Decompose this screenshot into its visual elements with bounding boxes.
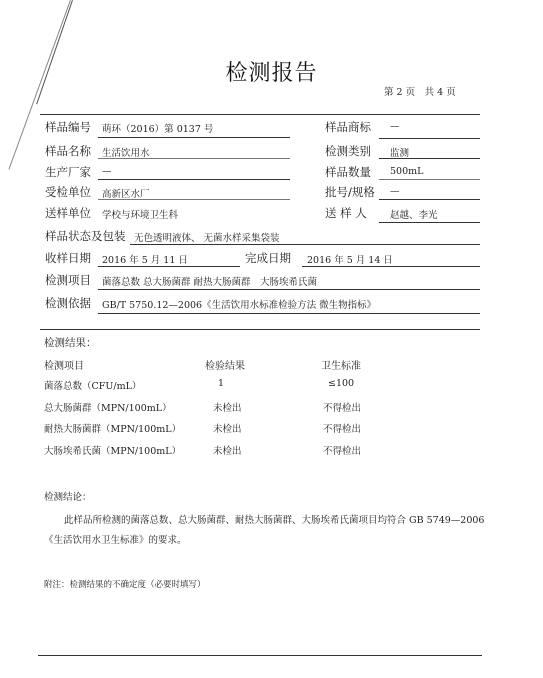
label-test-type: 检测类别 (325, 143, 371, 159)
underline (98, 179, 290, 180)
result-value: 未检出 (213, 421, 242, 435)
report-title: 检测报告 (0, 56, 543, 87)
page-indicator: 第 2 页 共 4 页 (384, 84, 456, 98)
underline (98, 313, 480, 314)
label-sample-name: 样品名称 (45, 143, 91, 159)
value-inspected-unit: 高新区水厂 (102, 186, 150, 200)
value-sample-name: 生活饮用水 (102, 145, 150, 159)
result-value: 未检出 (213, 443, 242, 457)
label-submitting-unit: 送样单位 (45, 205, 91, 221)
bottom-rule (38, 655, 482, 656)
result-item: 耐热大肠菌群（MPN/100mL） (44, 421, 181, 435)
underline (379, 138, 480, 139)
label-batch-spec: 批号/规格 (325, 184, 375, 200)
value-manufacturer: — (102, 166, 112, 177)
value-quantity: 500mL (390, 166, 423, 177)
column-header-item: 检测项目 (44, 357, 84, 372)
label-inspected-unit: 受检单位 (45, 184, 91, 200)
value-submitter: 赵越、李光 (390, 207, 438, 221)
underline (98, 158, 290, 159)
conclusion-line-2: 《生活饮用水卫生标准》的要求。 (44, 532, 187, 546)
underline (98, 199, 290, 200)
label-sample-no: 样品编号 (45, 119, 91, 135)
section-rule (40, 329, 480, 330)
label-completed-date: 完成日期 (245, 250, 291, 266)
result-standard: 不得检出 (323, 443, 361, 457)
column-header-standard: 卫生标准 (321, 357, 361, 372)
scan-artifact-line (36, 0, 73, 104)
label-test-items: 检测项目 (45, 272, 91, 288)
label-quantity: 样品数量 (325, 164, 371, 180)
underline (98, 137, 290, 138)
result-standard: ≤100 (328, 378, 354, 389)
top-rule (40, 114, 480, 115)
label-manufacturer: 生产厂家 (45, 164, 91, 180)
label-received-date: 收样日期 (45, 250, 91, 266)
value-submitting-unit: 学校与环境卫生科 (102, 207, 178, 221)
value-batch-spec: — (390, 186, 400, 197)
underline (98, 266, 240, 267)
results-title: 检测结果： (44, 335, 97, 350)
value-brand: — (390, 121, 400, 132)
label-test-basis: 检测依据 (45, 295, 91, 311)
underline (98, 289, 480, 290)
value-state-package: 无色透明液体、 无菌水样采集袋装 (134, 230, 280, 244)
result-standard: 不得检出 (323, 421, 361, 435)
value-test-basis: GB/T 5750.12—2006《生活饮用水标准检验方法 微生物指标》 (102, 297, 376, 311)
label-submitter: 送 样 人 (325, 205, 367, 221)
result-value: 1 (218, 378, 224, 389)
conclusion-line-1: 此样品所检测的菌落总数、总大肠菌群、耐热大肠菌群、大肠埃希氏菌项目均符合 GB … (64, 512, 484, 526)
result-item: 菌落总数（CFU/mL） (44, 378, 141, 392)
value-completed-date: 2016 年 5 月 14 日 (307, 252, 393, 266)
result-item: 大肠埃希氏菌（MPN/100mL） (44, 443, 181, 457)
value-received-date: 2016 年 5 月 11 日 (102, 252, 188, 266)
value-test-type: 监测 (390, 145, 409, 159)
footnote: 附注：检测结果的不确定度（必要时填写） (44, 578, 206, 590)
result-value: 未检出 (213, 400, 242, 414)
result-standard: 不得检出 (323, 400, 361, 414)
label-state-package: 样品状态及包装 (45, 228, 126, 244)
column-header-result: 检验结果 (205, 357, 245, 372)
underline (379, 158, 480, 159)
underline (302, 266, 480, 267)
underline (379, 179, 480, 180)
underline (379, 199, 480, 200)
value-test-items: 菌落总数 总大肠菌群 耐热大肠菌群 大肠埃希氏菌 (102, 274, 317, 288)
conclusion-title: 检测结论： (44, 489, 92, 503)
value-sample-no: 萌环（2016）第 0137 号 (102, 121, 213, 135)
underline (130, 244, 480, 245)
underline (379, 222, 480, 223)
result-item: 总大肠菌群（MPN/100mL） (44, 400, 172, 414)
label-brand: 样品商标 (325, 119, 371, 135)
